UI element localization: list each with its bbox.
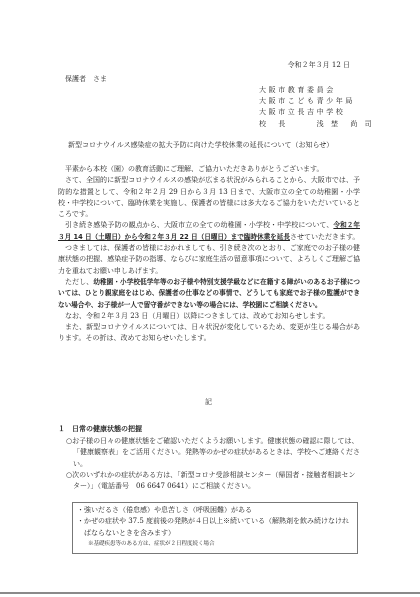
paragraph: また、新型コロナウイルスについては、日々状況が変化しているため、変更が生じる場合… (58, 322, 360, 345)
sender-line: 大阪市教育委員会 (259, 85, 374, 96)
paragraph: つきましては、保護者の皆様におかれましても、引き続き次のとおり、ご家庭でのお子様… (58, 243, 360, 277)
list-item: ○次のいずれかの症状がある方は、「新型コロナ受診相談センター（帰国者・接触者相談… (66, 470, 362, 493)
paragraph-text: 引き続き感染予防の観点から、大阪市立の全ての幼稚園・小学校・中学校について、 (65, 221, 333, 229)
sender-line: 校 長 浅 埜 尚 司 (259, 119, 374, 130)
symptom-item: ・かぜの症状や 37.5 度前後の発熱が４日以上※続いている（解熱剤を飲み続けな… (77, 516, 353, 539)
sender-line: 大阪市立長吉中学校 (259, 107, 374, 118)
symptom-note: ※基礎疾患等のある方は、症状が２日程度続く場合 (77, 539, 353, 549)
addressee: 保護者 さま (65, 74, 107, 85)
paragraph: さて、全国的に新型コロナウイルスの感染が広まる状況がみられることから、大阪市では… (58, 175, 360, 220)
section-heading: １ 日常の健康状態の把握 (58, 424, 142, 435)
paragraph: 引き続き感染予防の観点から、大阪市立の全ての幼稚園・小学校・中学校について、令和… (58, 220, 360, 243)
page-bottom-rule (0, 592, 420, 594)
document-title: 新型コロナウイルス感染症の拡大予防に向けた学校休業の延長について（お知らせ） (68, 140, 333, 151)
paragraph: 平素から本校（園）の教育活動にご理解、ご協力いただきありがとうございます。 (58, 164, 360, 175)
paragraph: なお、令和２年３月 23 日（月曜日）以降につきましては、改めてお知らせします。 (58, 311, 360, 322)
paragraph-text: ただし、 (65, 278, 93, 286)
paragraph-text: させていただきます。 (290, 233, 359, 241)
ki-heading: 記 (205, 397, 212, 408)
symptom-box: ・強いだるさ（倦怠感）や息苦しさ（呼吸困難）がある ・かぜの症状や 37.5 度… (72, 502, 358, 554)
section-items: ○お子様の日々の健康状態をご確認いただくようお願いします。健康状態の確認に際して… (66, 436, 362, 492)
list-item: ○お子様の日々の健康状態をご確認いただくようお願いします。健康状態の確認に際して… (66, 436, 362, 470)
symptom-item: ・強いだるさ（倦怠感）や息苦しさ（呼吸困難）がある (77, 505, 353, 516)
document-body: 平素から本校（園）の教育活動にご理解、ご協力いただきありがとうございます。 さて… (58, 164, 360, 345)
sender-block: 大阪市教育委員会 大阪市こども青少年局 大阪市立長吉中学校 校 長 浅 埜 尚 … (259, 85, 374, 130)
paragraph: ただし、幼稚園・小学校低学年等のお子様や特別支援学級などに在籍する障がいのあるお… (58, 277, 360, 311)
document-date: 令和２年３月 12 日 (288, 60, 350, 71)
sender-line: 大阪市こども青少年局 (259, 96, 374, 107)
emphasis-text: 幼稚園・小学校低学年等のお子様や特別支援学級などに在籍する障がいのあるお子様につ… (58, 278, 360, 309)
